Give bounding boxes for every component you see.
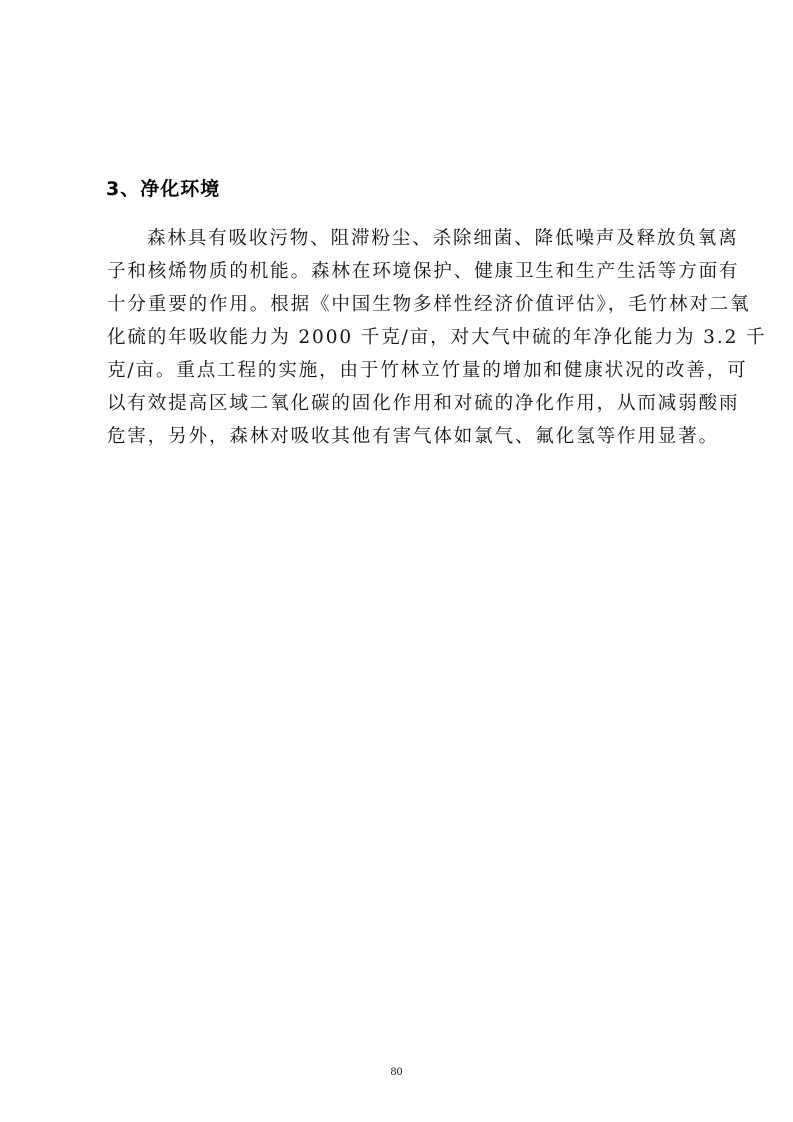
section-paragraph: 森林具有吸收污物、阻滞粉尘、杀除细菌、降低噪声及释放负氧离 子和核烯物质的机能。…: [107, 222, 697, 453]
paragraph-line: 子和核烯物质的机能。森林在环境保护、健康卫生和生产生活等方面有: [107, 255, 697, 288]
paragraph-line: 以有效提高区域二氧化碳的固化作用和对硫的净化作用，从而减弱酸雨: [107, 387, 697, 420]
section-heading: 3、净化环境: [106, 174, 220, 201]
paragraph-line: 森林具有吸收污物、阻滞粉尘、杀除细菌、降低噪声及释放负氧离: [107, 222, 697, 255]
document-page: 3、净化环境 森林具有吸收污物、阻滞粉尘、杀除细菌、降低噪声及释放负氧离 子和核…: [0, 0, 793, 1122]
paragraph-line: 克/亩。重点工程的实施，由于竹林立竹量的增加和健康状况的改善，可: [107, 354, 697, 387]
paragraph-line: 化硫的年吸收能力为 2000 千克/亩，对大气中硫的年净化能力为 3.2 千: [107, 321, 697, 354]
paragraph-line: 十分重要的作用。根据《中国生物多样性经济价值评估》，毛竹林对二氧: [107, 288, 697, 321]
paragraph-line: 危害，另外，森林对吸收其他有害气体如氯气、氟化氢等作用显著。: [107, 420, 697, 453]
page-number: 80: [0, 1064, 793, 1079]
